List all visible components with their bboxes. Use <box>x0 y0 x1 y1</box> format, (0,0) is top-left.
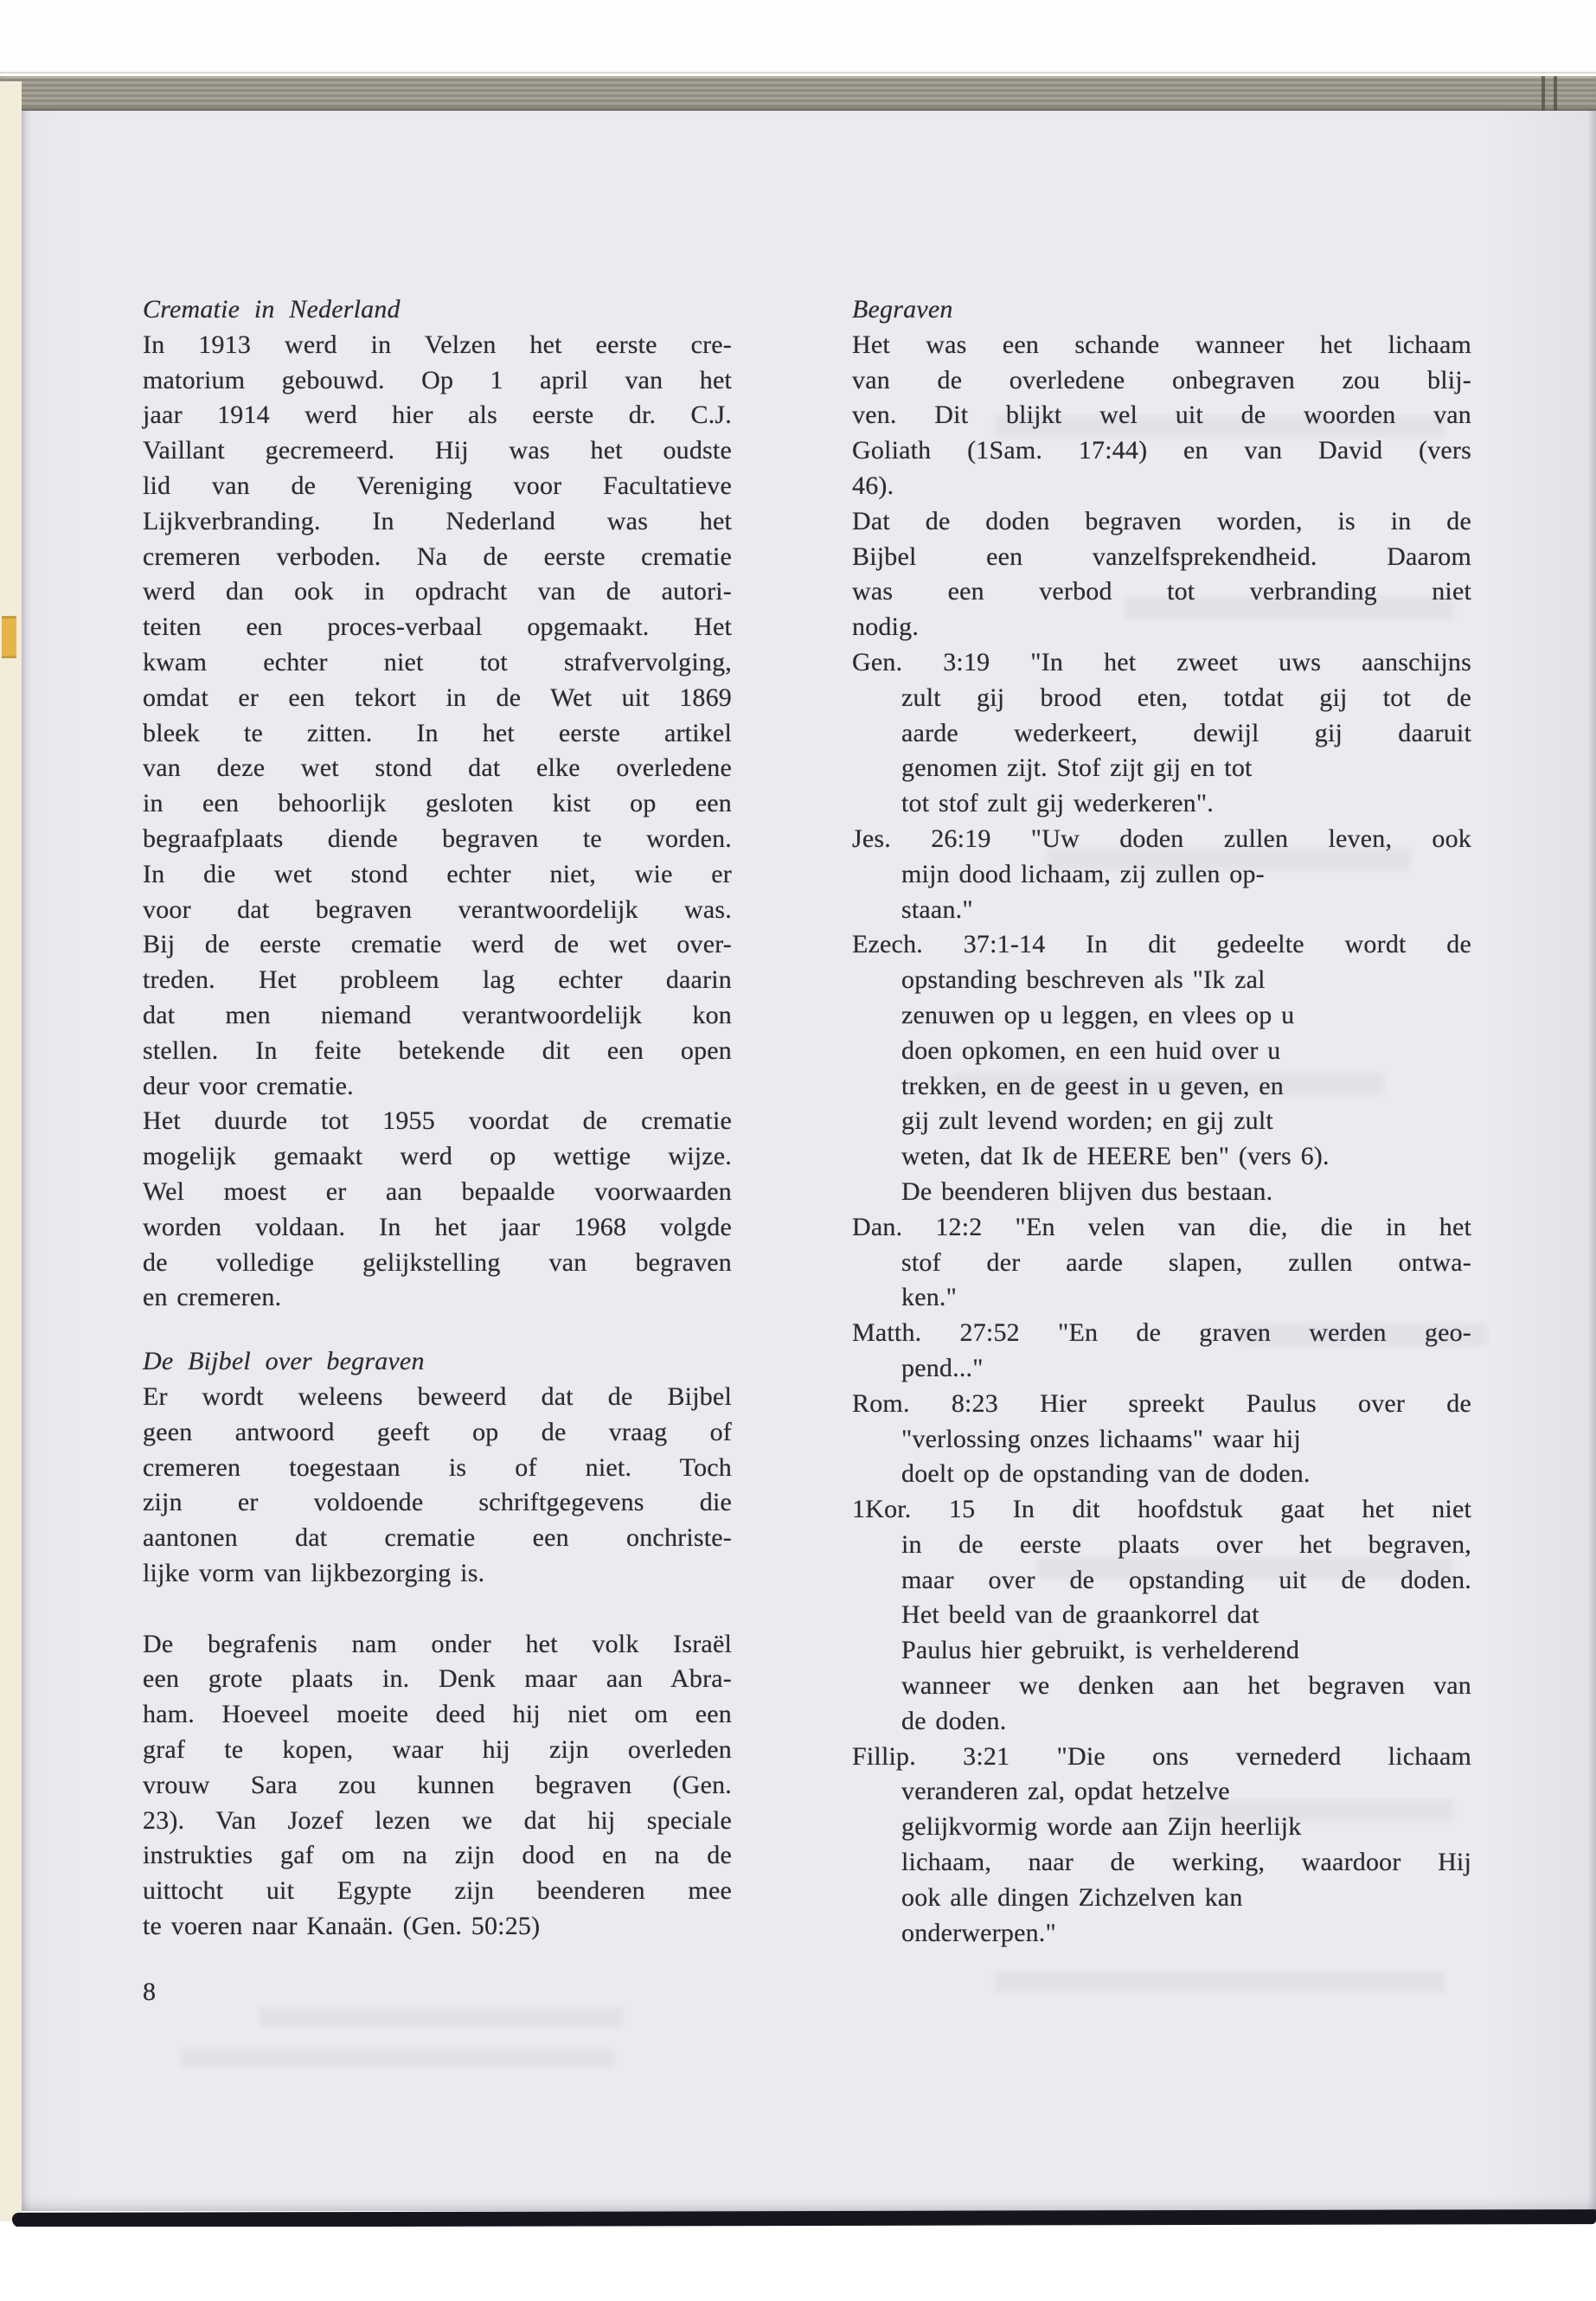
page-edge-tick <box>1542 76 1545 111</box>
text-line: lid van de Vereniging voor Facultatieve <box>143 469 732 504</box>
text-line: in de eerste plaats over het begraven, <box>852 1528 1471 1563</box>
text-line: begraafplaats diende begraven te worden. <box>143 822 732 857</box>
text-line: ham. Hoeveel moeite deed hij niet om een <box>143 1697 732 1733</box>
book-page-edges-band <box>0 76 1596 111</box>
right-text-column: BegravenHet was een schande wanneer het … <box>852 292 1471 1951</box>
text-line: van deze wet stond dat elke overledene <box>143 751 732 786</box>
page-bottom-edge-shadow <box>12 2209 1596 2227</box>
text-line: Bijbel een vanzelfsprekendheid. Daarom <box>852 540 1471 575</box>
section-heading: De Bijbel over begraven <box>143 1344 732 1380</box>
text-line: zult gij brood eten, totdat gij tot de <box>852 681 1471 716</box>
text-line: Vaillant gecremeerd. Hij was het oudste <box>143 433 732 469</box>
text-line: Rom. 8:23 Hier spreekt Paulus over de <box>852 1387 1471 1422</box>
text-line: graf te kopen, waar hij zijn overleden <box>143 1733 732 1768</box>
text-line: Fillip. 3:21 "Die ons vernederd lichaam <box>852 1740 1471 1775</box>
left-text-column: Crematie in NederlandIn 1913 werd in Vel… <box>143 292 732 2010</box>
text-line: voor dat begraven verantwoordelijk was. <box>143 893 732 928</box>
text-line: dat men niemand verantwoordelijk kon <box>143 998 732 1034</box>
scanned-book-page: Crematie in NederlandIn 1913 werd in Vel… <box>0 0 1596 2301</box>
page-edge-tick <box>1554 76 1557 111</box>
text-line: uittocht uit Egypte zijn beenderen mee <box>143 1874 732 1909</box>
text-line: De begrafenis nam onder het volk Israël <box>143 1627 732 1663</box>
text-line: treden. Het probleem lag echter daarin <box>143 963 732 998</box>
text-line: instrukties gaf om na zijn dood en na de <box>143 1838 732 1874</box>
text-line: veranderen zal, opdat hetzelve <box>852 1774 1471 1810</box>
text-line: was een verbod tot verbranding niet <box>852 574 1471 610</box>
text-line: "verlossing onzes lichaams" waar hij <box>852 1422 1471 1458</box>
text-line: kwam echter niet tot strafvervolging, <box>143 645 732 681</box>
text-line: Goliath (1Sam. 17:44) en van David (vers <box>852 433 1471 469</box>
text-line: gij zult levend worden; en gij zult <box>852 1104 1471 1139</box>
text-line: doen opkomen, en een huid over u <box>852 1034 1471 1069</box>
text-line: Gen. 3:19 "In het zweet uws aanschijns <box>852 645 1471 681</box>
text-line: opstanding beschreven als "Ik zal <box>852 963 1471 998</box>
showthrough-smudge <box>182 2048 614 2067</box>
scan-background-top <box>0 0 1596 76</box>
text-line: In die wet stond echter niet, wie er <box>143 857 732 893</box>
text-line: aarde wederkeert, dewijl gij daaruit <box>852 716 1471 752</box>
text-line: te voeren naar Kanaän. (Gen. 50:25) <box>143 1909 732 1945</box>
text-line: teiten een proces-verbaal opgemaakt. Het <box>143 610 732 645</box>
text-line: van de overledene onbegraven zou blij- <box>852 363 1471 399</box>
text-line: Matth. 27:52 "En de graven werden geo- <box>852 1316 1471 1351</box>
text-line: Lijkverbranding. In Nederland was het <box>143 504 732 540</box>
bookmark-tab <box>2 616 16 658</box>
text-line: onderwerpen." <box>852 1916 1471 1952</box>
text-line: lijke vorm van lijkbezorging is. <box>143 1556 732 1592</box>
text-line: werd dan ook in opdracht van de autori- <box>143 574 732 610</box>
text-line: stellen. In feite betekende dit een open <box>143 1034 732 1069</box>
text-line: de doden. <box>852 1704 1471 1740</box>
text-line: 46). <box>852 469 1471 504</box>
text-line: ven. Dit blijkt wel uit de woorden van <box>852 398 1471 433</box>
text-line: 23). Van Jozef lezen we dat hij speciale <box>143 1804 732 1839</box>
text-line: cremeren verboden. Na de eerste crematie <box>143 540 732 575</box>
text-line: 1Kor. 15 In dit hoofdstuk gaat het niet <box>852 1492 1471 1528</box>
text-line: nodig. <box>852 610 1471 645</box>
page-number: 8 <box>143 1975 732 2010</box>
text-line: genomen zijt. Stof zijt gij en tot <box>852 751 1471 786</box>
text-line: en cremeren. <box>143 1280 732 1316</box>
text-line: stof der aarde slapen, zullen ontwa- <box>852 1246 1471 1281</box>
text-line: een grote plaats in. Denk maar aan Abra- <box>143 1662 732 1697</box>
text-line: trekken, en de geest in u geven, en <box>852 1069 1471 1105</box>
text-line: Dat de doden begraven worden, is in de <box>852 504 1471 540</box>
text-line: In 1913 werd in Velzen het eerste cre- <box>143 328 732 363</box>
underlying-page-edge <box>0 81 22 2221</box>
text-line: weten, dat Ik de HEERE ben" (vers 6). <box>852 1139 1471 1175</box>
text-line: zijn er voldoende schriftgegevens die <box>143 1485 732 1521</box>
text-line: wanneer we denken aan het begraven van <box>852 1669 1471 1704</box>
text-line: matorium gebouwd. Op 1 april van het <box>143 363 732 399</box>
text-line: Paulus hier gebruikt, is verhelderend <box>852 1633 1471 1669</box>
text-line: mogelijk gemaakt werd op wettige wijze. <box>143 1139 732 1175</box>
page-right-edge-shading <box>1587 111 1596 2211</box>
text-line: ook alle dingen Zichzelven kan <box>852 1881 1471 1916</box>
text-line: Er wordt weleens beweerd dat de Bijbel <box>143 1380 732 1415</box>
text-line: cremeren toegestaan is of niet. Toch <box>143 1451 732 1486</box>
text-line: maar over de opstanding uit de doden. <box>852 1563 1471 1599</box>
section-heading: Crematie in Nederland <box>143 292 732 328</box>
text-line: Het was een schande wanneer het lichaam <box>852 328 1471 363</box>
text-line: de volledige gelijkstelling van begraven <box>143 1246 732 1281</box>
text-line: omdat er een tekort in de Wet uit 1869 <box>143 681 732 716</box>
text-line: geen antwoord geeft op de vraag of <box>143 1415 732 1451</box>
text-line: Wel moest er aan bepaalde voorwaarden <box>143 1175 732 1210</box>
text-line: pend..." <box>852 1351 1471 1387</box>
text-line: worden voldaan. In het jaar 1968 volgde <box>143 1210 732 1246</box>
text-line: De beenderen blijven dus bestaan. <box>852 1175 1471 1210</box>
text-line: mijn dood lichaam, zij zullen op- <box>852 857 1471 893</box>
text-line: Dan. 12:2 "En velen van die, die in het <box>852 1210 1471 1246</box>
scan-background-bottom <box>0 2227 1596 2301</box>
showthrough-smudge <box>995 1972 1445 1993</box>
text-line: doelt op de opstanding van de doden. <box>852 1457 1471 1492</box>
text-line: Het duurde tot 1955 voordat de crematie <box>143 1104 732 1139</box>
text-line: jaar 1914 werd hier als eerste dr. C.J. <box>143 398 732 433</box>
text-line: lichaam, naar de werking, waardoor Hij <box>852 1845 1471 1881</box>
text-line: Het beeld van de graankorrel dat <box>852 1598 1471 1633</box>
text-line: aantonen dat crematie een onchriste- <box>143 1521 732 1556</box>
text-line: bleek te zitten. In het eerste artikel <box>143 716 732 752</box>
text-line: Jes. 26:19 "Uw doden zullen leven, ook <box>852 822 1471 857</box>
text-line: vrouw Sara zou kunnen begraven (Gen. <box>143 1768 732 1804</box>
text-line: ken." <box>852 1280 1471 1316</box>
text-line: gelijkvormig worde aan Zijn heerlijk <box>852 1810 1471 1845</box>
text-line: Bij de eerste crematie werd de wet over- <box>143 927 732 963</box>
text-line: staan." <box>852 893 1471 928</box>
text-line: deur voor crematie. <box>143 1069 732 1105</box>
text-line: in een behoorlijk gesloten kist op een <box>143 786 732 822</box>
section-heading: Begraven <box>852 292 1471 328</box>
text-line: Ezech. 37:1-14 In dit gedeelte wordt de <box>852 927 1471 963</box>
text-line: zenuwen op u leggen, en vlees op u <box>852 998 1471 1034</box>
text-line: tot stof zult gij wederkeren". <box>852 786 1471 822</box>
